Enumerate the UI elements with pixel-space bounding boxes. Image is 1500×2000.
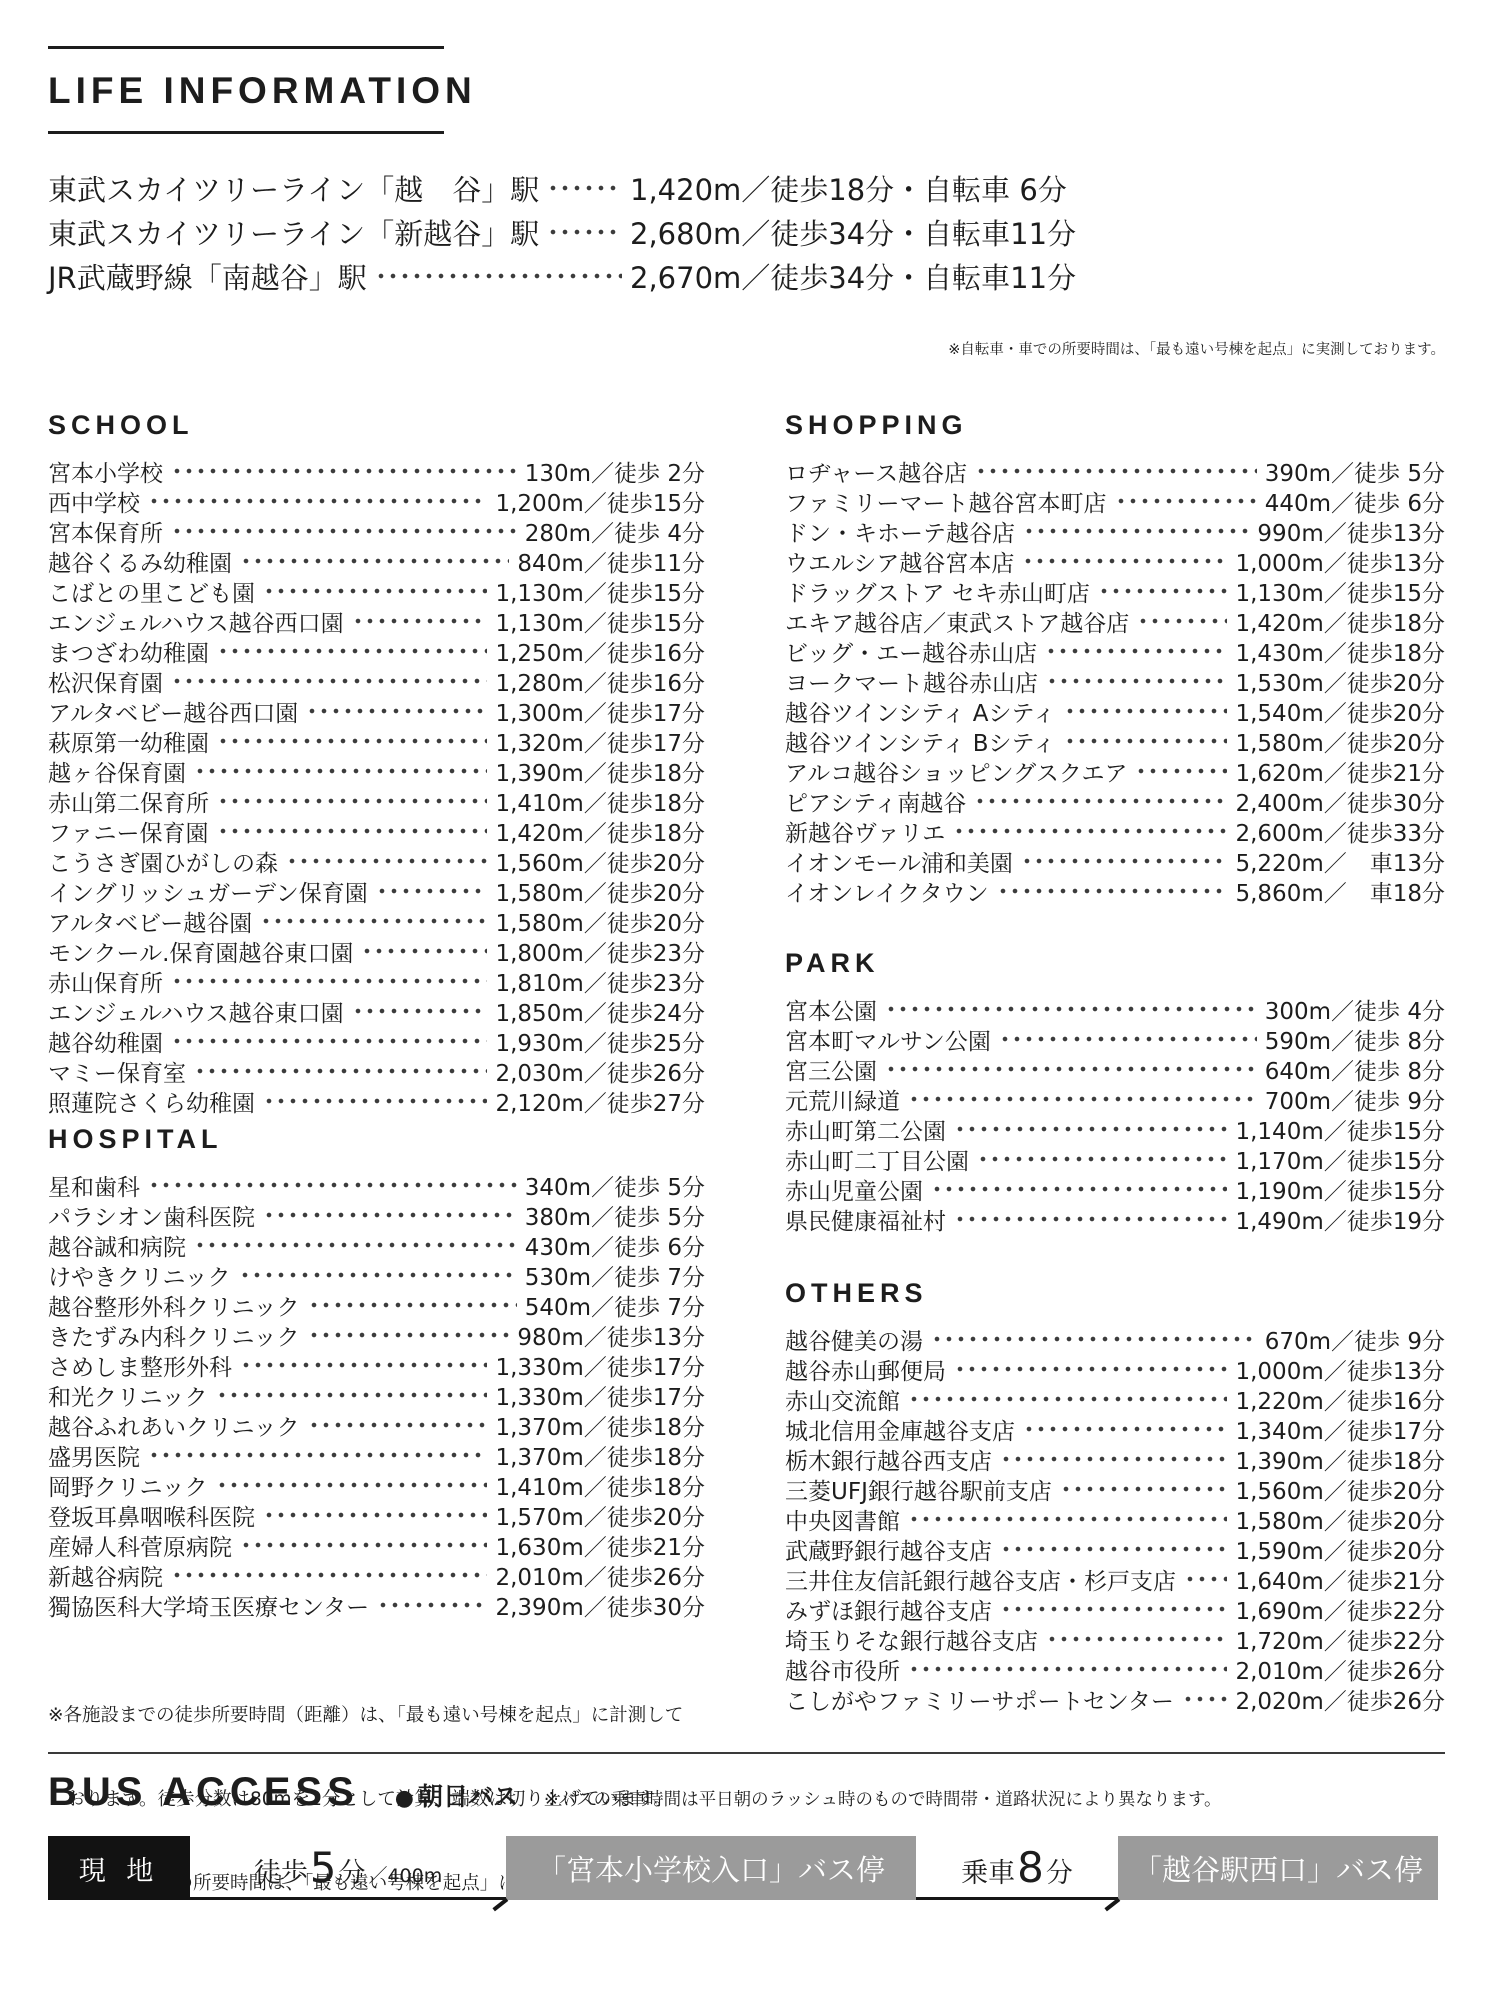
dot-leader-icon xyxy=(1184,1572,1227,1586)
dot-leader-icon xyxy=(1021,854,1228,868)
facility-name: パラシオン歯科医院 xyxy=(48,1199,255,1232)
facility-distance: 1,620m／徒歩21分 xyxy=(1235,755,1445,788)
facility-row: 城北信用金庫越谷支店 1,340m／徒歩17分 xyxy=(785,1414,1445,1444)
facility-name: 越谷誠和病院 xyxy=(48,1229,186,1262)
facility-name: 萩原第一幼稚園 xyxy=(48,725,209,758)
facility-name: ウエルシア越谷宮本店 xyxy=(785,545,1014,578)
facility-name: 松沢保育園 xyxy=(48,665,163,698)
facility-distance: 1,580m／徒歩20分 xyxy=(1235,725,1445,758)
facility-distance: 1,530m／徒歩20分 xyxy=(1235,665,1445,698)
train-station-name: JR武蔵野線「南越谷」駅 xyxy=(48,256,367,297)
column-right: SHOPPING ロヂャース越谷店 390m／徒歩 5分 ファミリーマート越谷宮… xyxy=(785,408,1445,1714)
dot-leader-icon xyxy=(954,1212,1227,1226)
facility-distance: 590m／徒歩 8分 xyxy=(1265,1023,1445,1056)
facility-distance: 2,400m／徒歩30分 xyxy=(1235,785,1445,818)
facility-name: 照蓮院さくら幼稚園 xyxy=(48,1085,255,1118)
facility-name: ヨークマート越谷赤山店 xyxy=(785,665,1038,698)
facility-row: 赤山児童公園 1,190m／徒歩15分 xyxy=(785,1174,1445,1204)
dot-leader-icon xyxy=(217,824,488,838)
facility-name: 赤山交流館 xyxy=(785,1383,900,1416)
facility-row: ドン・キホーテ越谷店 990m／徒歩13分 xyxy=(785,516,1445,546)
facility-row: 和光クリニック 1,330m／徒歩17分 xyxy=(48,1380,705,1410)
facility-row: イオンレイクタウン 5,860m／ 車18分 xyxy=(785,876,1445,906)
dot-leader-icon xyxy=(974,794,1227,808)
others-list: 越谷健美の湯 670m／徒歩 9分 越谷赤山郵便局 1,000m／徒歩13分 赤… xyxy=(785,1324,1445,1714)
dot-leader-icon xyxy=(885,1002,1257,1016)
facility-distance: 540m／徒歩 7分 xyxy=(525,1289,705,1322)
facility-distance: 1,580m／徒歩20分 xyxy=(1235,1503,1445,1536)
bus-stop-1-box: 「宮本小学校入口」バス停 xyxy=(506,1836,916,1900)
facility-name: 宮本町マルサン公園 xyxy=(785,1023,991,1056)
facility-row: 盛男医院 1,370m／徒歩18分 xyxy=(48,1440,705,1470)
dot-leader-icon xyxy=(308,1328,510,1342)
dot-leader-icon xyxy=(306,704,487,718)
page-title: LIFE INFORMATION xyxy=(48,69,444,113)
section-heading-park: PARK xyxy=(785,946,1445,980)
facility-row: アルタベビー越谷園 1,580m／徒歩20分 xyxy=(48,906,705,936)
dot-leader-icon xyxy=(931,1332,1257,1346)
dot-leader-icon xyxy=(908,1392,1227,1406)
facility-distance: 1,000m／徒歩13分 xyxy=(1235,545,1445,578)
dot-leader-icon xyxy=(931,1182,1227,1196)
facility-row: 赤山交流館 1,220m／徒歩16分 xyxy=(785,1384,1445,1414)
facility-row: 越谷赤山郵便局 1,000m／徒歩13分 xyxy=(785,1354,1445,1384)
facility-row: ヨークマート越谷赤山店 1,530m／徒歩20分 xyxy=(785,666,1445,696)
facility-distance: 2,120m／徒歩27分 xyxy=(495,1085,705,1118)
dot-leader-icon xyxy=(263,1508,487,1522)
facility-row: 宮本公園 300m／徒歩 4分 xyxy=(785,994,1445,1024)
facility-row: 宮本小学校 130m／徒歩 2分 xyxy=(48,456,705,486)
facility-distance: 1,580m／徒歩20分 xyxy=(495,905,705,938)
facility-distance: 1,410m／徒歩18分 xyxy=(495,1469,705,1502)
dot-leader-icon xyxy=(194,1064,487,1078)
facility-distance: 1,580m／徒歩20分 xyxy=(495,875,705,908)
facility-name: モンクール.保育園越谷東口園 xyxy=(48,935,353,968)
facility-row: アルコ越谷ショッピングスクエア 1,620m／徒歩21分 xyxy=(785,756,1445,786)
facility-name: 盛男医院 xyxy=(48,1439,140,1472)
facility-distance: 640m／徒歩 8分 xyxy=(1265,1053,1445,1086)
facility-distance: 130m／徒歩 2分 xyxy=(525,455,705,488)
train-access-list: 東武スカイツリーライン「越 谷」駅 1,420m／徒歩18分・自転車 6分 東武… xyxy=(48,166,1092,298)
facility-distance: 5,220m／ 車13分 xyxy=(1235,845,1445,878)
facility-row: エンジェルハウス越谷東口園 1,850m／徒歩24分 xyxy=(48,996,705,1026)
dot-leader-icon xyxy=(375,269,622,283)
bus-walk-text: 徒歩5分／400m xyxy=(254,1847,443,1890)
facility-distance: 1,410m／徒歩18分 xyxy=(495,785,705,818)
facility-distance: 1,640m／徒歩21分 xyxy=(1235,1563,1445,1596)
facility-name: ドラッグストア セキ赤山町店 xyxy=(785,575,1090,608)
bus-stop-2-label: 「越谷駅西口」バス停 xyxy=(1133,1848,1423,1889)
train-access-row: 東武スカイツリーライン「越 谷」駅 1,420m／徒歩18分・自転車 6分 xyxy=(48,166,1092,210)
bus-access-title: BUS ACCESS xyxy=(48,1770,359,1815)
facility-name: 登坂耳鼻咽喉科医院 xyxy=(48,1499,255,1532)
facility-name: こうさぎ園ひがしの森 xyxy=(48,845,278,878)
facility-distance: 440m／徒歩 6分 xyxy=(1265,485,1445,518)
dot-leader-icon xyxy=(148,1448,487,1462)
train-distance: 2,680m／徒歩34分・自転車11分 xyxy=(630,212,1092,253)
facility-name: まつざわ幼稚園 xyxy=(48,635,209,668)
ride-arrow-tip-icon xyxy=(1104,1897,1120,1910)
dot-leader-icon xyxy=(1098,584,1228,598)
dot-leader-icon xyxy=(1023,524,1249,538)
facility-name: きたずみ内科クリニック xyxy=(48,1319,300,1352)
facility-name: 元荒川緑道 xyxy=(785,1083,900,1116)
park-list: 宮本公園 300m／徒歩 4分 宮本町マルサン公園 590m／徒歩 8分 宮三公… xyxy=(785,994,1445,1234)
facility-name: マミー保育室 xyxy=(48,1055,186,1088)
dot-leader-icon xyxy=(216,1388,488,1402)
facility-name: 埼玉りそな銀行越谷支店 xyxy=(785,1623,1038,1656)
facility-row: イオンモール浦和美園 5,220m／ 車13分 xyxy=(785,846,1445,876)
facility-name: 赤山児童公園 xyxy=(785,1173,923,1206)
facility-distance: 1,330m／徒歩17分 xyxy=(495,1379,705,1412)
facility-distance: 1,130m／徒歩15分 xyxy=(495,575,705,608)
facility-row: 越谷ふれあいクリニック 1,370m／徒歩18分 xyxy=(48,1410,705,1440)
facility-name: こばとの里こども園 xyxy=(48,575,255,608)
facility-row: 越ヶ谷保育園 1,390m／徒歩18分 xyxy=(48,756,705,786)
facility-name: 中央図書館 xyxy=(785,1503,900,1536)
dot-leader-icon xyxy=(239,1268,517,1282)
bus-route-diagram: 現 地 徒歩5分／400m 「宮本小学校入口」バス停 乗車8分 「越谷駅西口」バ… xyxy=(48,1836,1438,1900)
facility-name: 越谷ツインシティ Aシティ xyxy=(785,695,1056,728)
dot-leader-icon xyxy=(997,884,1228,898)
facility-row: きたずみ内科クリニック 980m／徒歩13分 xyxy=(48,1320,705,1350)
facility-row: 岡野クリニック 1,410m／徒歩18分 xyxy=(48,1470,705,1500)
bus-ride-segment: 乗車8分 xyxy=(916,1836,1118,1900)
facility-distance: 1,560m／徒歩20分 xyxy=(1235,1473,1445,1506)
dot-leader-icon xyxy=(171,524,517,538)
facility-row: ビッグ・エー越谷赤山店 1,430m／徒歩18分 xyxy=(785,636,1445,666)
facility-distance: 1,570m／徒歩20分 xyxy=(495,1499,705,1532)
facility-distance: 670m／徒歩 9分 xyxy=(1265,1323,1445,1356)
facility-row: さめしま整形外科 1,330m／徒歩17分 xyxy=(48,1350,705,1380)
facility-row: 宮三公園 640m／徒歩 8分 xyxy=(785,1054,1445,1084)
facility-distance: 280m／徒歩 4分 xyxy=(525,515,705,548)
facility-distance: 2,030m／徒歩26分 xyxy=(495,1055,705,1088)
column-left: SCHOOL 宮本小学校 130m／徒歩 2分 西中学校 1,200m／徒歩15… xyxy=(48,408,705,1620)
facility-row: ピアシティ南越谷 2,400m／徒歩30分 xyxy=(785,786,1445,816)
dot-leader-icon xyxy=(286,854,487,868)
facility-row: こしがやファミリーサポートセンター 2,020m／徒歩26分 xyxy=(785,1684,1445,1714)
facility-row: 元荒川緑道 700m／徒歩 9分 xyxy=(785,1084,1445,1114)
facility-distance: 1,420m／徒歩18分 xyxy=(495,815,705,848)
facility-row: 県民健康福祉村 1,490m／徒歩19分 xyxy=(785,1204,1445,1234)
facility-row: 新越谷ヴァリエ 2,600m／徒歩33分 xyxy=(785,816,1445,846)
facility-distance: 1,130m／徒歩15分 xyxy=(1235,575,1445,608)
train-station-name: 東武スカイツリーライン「新越谷」駅 xyxy=(48,212,539,253)
facility-row: ファミリーマート越谷宮本町店 440m／徒歩 6分 xyxy=(785,486,1445,516)
dot-leader-icon xyxy=(308,1298,517,1312)
facility-row: エンジェルハウス越谷西口園 1,130m／徒歩15分 xyxy=(48,606,705,636)
dot-leader-icon xyxy=(1000,1602,1227,1616)
facility-name: 城北信用金庫越谷支店 xyxy=(785,1413,1015,1446)
facility-distance: 990m／徒歩13分 xyxy=(1257,515,1445,548)
dot-leader-icon xyxy=(376,884,488,898)
facility-name: ロヂャース越谷店 xyxy=(785,455,967,488)
facility-distance: 1,000m／徒歩13分 xyxy=(1235,1353,1445,1386)
dot-leader-icon xyxy=(263,1208,517,1222)
dot-leader-icon xyxy=(263,1094,487,1108)
dot-leader-icon xyxy=(1064,734,1228,748)
facility-name: 赤山町二丁目公園 xyxy=(785,1143,969,1176)
facility-name: 宮三公園 xyxy=(785,1053,877,1086)
facility-row: けやきクリニック 530m／徒歩 7分 xyxy=(48,1260,705,1290)
facility-row: 越谷くるみ幼稚園 840m／徒歩11分 xyxy=(48,546,705,576)
facility-row: 新越谷病院 2,010m／徒歩26分 xyxy=(48,1560,705,1590)
dot-leader-icon xyxy=(148,494,487,508)
facility-distance: 390m／徒歩 5分 xyxy=(1265,455,1445,488)
facility-name: 武蔵野銀行越谷支店 xyxy=(785,1533,992,1566)
facility-row: 武蔵野銀行越谷支店 1,590m／徒歩20分 xyxy=(785,1534,1445,1564)
facility-row: 松沢保育園 1,280m／徒歩16分 xyxy=(48,666,705,696)
facility-distance: 2,390m／徒歩30分 xyxy=(495,1589,705,1622)
facility-name: 新越谷病院 xyxy=(48,1559,163,1592)
facility-distance: 1,140m／徒歩15分 xyxy=(1235,1113,1445,1146)
section-heading-shopping: SHOPPING xyxy=(785,408,1445,442)
dot-leader-icon xyxy=(547,181,622,195)
dot-leader-icon xyxy=(885,1062,1257,1076)
facility-name: 越谷幼稚園 xyxy=(48,1025,163,1058)
facility-distance: 1,590m／徒歩20分 xyxy=(1235,1533,1445,1566)
facility-distance: 1,390m／徒歩18分 xyxy=(1235,1443,1445,1476)
facility-name: エンジェルハウス越谷西口園 xyxy=(48,605,344,638)
dot-leader-icon xyxy=(1000,1542,1227,1556)
facility-row: 赤山町二丁目公園 1,170m／徒歩15分 xyxy=(785,1144,1445,1174)
facility-row: マミー保育室 2,030m／徒歩26分 xyxy=(48,1056,705,1086)
facility-name: 西中学校 xyxy=(48,485,140,518)
facility-row: 西中学校 1,200m／徒歩15分 xyxy=(48,486,705,516)
facility-row: こばとの里こども園 1,130m／徒歩15分 xyxy=(48,576,705,606)
facility-distance: 2,010m／徒歩26分 xyxy=(1235,1653,1445,1686)
dot-leader-icon xyxy=(216,1478,488,1492)
facility-name: イングリッシュガーデン保育園 xyxy=(48,875,368,908)
facility-distance: 1,130m／徒歩15分 xyxy=(495,605,705,638)
facility-name: さめしま整形外科 xyxy=(48,1349,232,1382)
dot-leader-icon xyxy=(217,644,487,658)
dot-leader-icon xyxy=(1000,1452,1227,1466)
facility-name: アルタベビー越谷園 xyxy=(48,905,252,938)
bus-operator-bullet-icon: ● xyxy=(395,1786,414,1811)
facility-row: ウエルシア越谷宮本店 1,000m／徒歩13分 xyxy=(785,546,1445,576)
train-access-row: 東武スカイツリーライン「新越谷」駅 2,680m／徒歩34分・自転車11分 xyxy=(48,210,1092,254)
dot-leader-icon xyxy=(908,1512,1227,1526)
facility-row: ドラッグストア セキ赤山町店 1,130m／徒歩15分 xyxy=(785,576,1445,606)
facility-distance: 380m／徒歩 5分 xyxy=(525,1199,705,1232)
dot-leader-icon xyxy=(975,464,1257,478)
facility-distance: 1,690m／徒歩22分 xyxy=(1235,1593,1445,1626)
school-list: 宮本小学校 130m／徒歩 2分 西中学校 1,200m／徒歩15分 宮本保育所… xyxy=(48,456,705,1116)
facility-distance: 300m／徒歩 4分 xyxy=(1265,993,1445,1026)
hospital-list: 星和歯科 340m／徒歩 5分 パラシオン歯科医院 380m／徒歩 5分 越谷誠… xyxy=(48,1170,705,1620)
dot-leader-icon xyxy=(1135,764,1227,778)
facility-name: ピアシティ南越谷 xyxy=(785,785,966,818)
facility-distance: 1,200m／徒歩15分 xyxy=(495,485,705,518)
facility-row: 越谷誠和病院 430m／徒歩 6分 xyxy=(48,1230,705,1260)
facility-distance: 1,420m／徒歩18分 xyxy=(1235,605,1445,638)
title-rule-bottom xyxy=(48,131,444,134)
facility-name: ビッグ・エー越谷赤山店 xyxy=(785,635,1037,668)
facility-name: 岡野クリニック xyxy=(48,1469,208,1502)
facility-name: 県民健康福祉村 xyxy=(785,1203,946,1236)
dot-leader-icon xyxy=(194,1238,517,1252)
facility-name: 赤山第二保育所 xyxy=(48,785,209,818)
facility-distance: 1,320m／徒歩17分 xyxy=(495,725,705,758)
facility-row: 栃木銀行越谷西支店 1,390m／徒歩18分 xyxy=(785,1444,1445,1474)
facility-row: 赤山第二保育所 1,410m／徒歩18分 xyxy=(48,786,705,816)
dot-leader-icon xyxy=(352,614,488,628)
dot-leader-icon xyxy=(217,734,487,748)
facility-distance: 1,280m／徒歩16分 xyxy=(495,665,705,698)
facility-distance: 1,390m／徒歩18分 xyxy=(495,755,705,788)
facility-distance: 1,370m／徒歩18分 xyxy=(495,1409,705,1442)
facility-distance: 1,800m／徒歩23分 xyxy=(495,935,705,968)
facility-distance: 1,190m／徒歩15分 xyxy=(1235,1173,1445,1206)
facility-distance: 1,430m／徒歩18分 xyxy=(1235,635,1445,668)
facility-distance: 1,630m／徒歩21分 xyxy=(495,1529,705,1562)
facility-distance: 1,220m／徒歩16分 xyxy=(1235,1383,1445,1416)
dot-leader-icon xyxy=(308,1418,488,1432)
facility-name: 赤山保育所 xyxy=(48,965,163,998)
dot-leader-icon xyxy=(194,764,487,778)
facility-row: 赤山町第二公園 1,140m／徒歩15分 xyxy=(785,1114,1445,1144)
bus-walk-segment: 徒歩5分／400m xyxy=(190,1836,506,1900)
dot-leader-icon xyxy=(1045,644,1227,658)
facility-distance: 1,930m／徒歩25分 xyxy=(495,1025,705,1058)
facility-distance: 1,300m／徒歩17分 xyxy=(495,695,705,728)
facility-row: 中央図書館 1,580m／徒歩20分 xyxy=(785,1504,1445,1534)
dot-leader-icon xyxy=(1046,1632,1227,1646)
facility-distance: 2,020m／徒歩26分 xyxy=(1235,1683,1445,1716)
facility-row: イングリッシュガーデン保育園 1,580m／徒歩20分 xyxy=(48,876,705,906)
facility-name: 越谷整形外科クリニック xyxy=(48,1289,300,1322)
facility-name: エンジェルハウス越谷東口園 xyxy=(48,995,344,1028)
dot-leader-icon xyxy=(240,554,509,568)
facility-distance: 1,330m／徒歩17分 xyxy=(495,1349,705,1382)
facility-name: みずほ銀行越谷支店 xyxy=(785,1593,992,1626)
dot-leader-icon xyxy=(171,1034,487,1048)
facility-row: みずほ銀行越谷支店 1,690m／徒歩22分 xyxy=(785,1594,1445,1624)
facility-row: パラシオン歯科医院 380m／徒歩 5分 xyxy=(48,1200,705,1230)
dot-leader-icon xyxy=(240,1538,487,1552)
facility-name: イオンレイクタウン xyxy=(785,875,989,908)
facility-distance: 1,540m／徒歩20分 xyxy=(1235,695,1445,728)
bus-ride-text: 乗車8分 xyxy=(961,1847,1073,1890)
facility-row: 三井住友信託銀行越谷支店・杉戸支店 1,640m／徒歩21分 xyxy=(785,1564,1445,1594)
facility-name: けやきクリニック xyxy=(48,1259,231,1292)
facility-row: モンクール.保育園越谷東口園 1,800m／徒歩23分 xyxy=(48,936,705,966)
dot-leader-icon xyxy=(954,1362,1227,1376)
train-station-name: 東武スカイツリーライン「越 谷」駅 xyxy=(48,168,539,209)
facility-distance: 2,600m／徒歩33分 xyxy=(1235,815,1445,848)
facility-row: 宮本町マルサン公園 590m／徒歩 8分 xyxy=(785,1024,1445,1054)
facility-name: 宮本公園 xyxy=(785,993,877,1026)
facility-distance: 1,250m／徒歩16分 xyxy=(495,635,705,668)
facility-name: 越谷赤山郵便局 xyxy=(785,1353,946,1386)
facility-name: 獨協医科大学埼玉医療センター xyxy=(48,1589,369,1622)
facility-row: エキア越谷店／東武ストア越谷店 1,420m／徒歩18分 xyxy=(785,606,1445,636)
dot-leader-icon xyxy=(171,974,487,988)
facility-row: ファニー保育園 1,420m／徒歩18分 xyxy=(48,816,705,846)
facility-row: ロヂャース越谷店 390m／徒歩 5分 xyxy=(785,456,1445,486)
train-distance: 2,670m／徒歩34分・自転車11分 xyxy=(630,256,1092,297)
dot-leader-icon xyxy=(954,1122,1227,1136)
facility-name: 越谷市役所 xyxy=(785,1653,900,1686)
facility-row: まつざわ幼稚園 1,250m／徒歩16分 xyxy=(48,636,705,666)
bus-operator-label: 朝日バス xyxy=(418,1777,518,1813)
facility-name: 和光クリニック xyxy=(48,1379,208,1412)
facility-name: 三井住友信託銀行越谷支店・杉戸支店 xyxy=(785,1563,1176,1596)
dot-leader-icon xyxy=(1022,554,1227,568)
dot-leader-icon xyxy=(1023,1422,1227,1436)
facility-name: アルタベビー越谷西口園 xyxy=(48,695,298,728)
dot-leader-icon xyxy=(1115,494,1257,508)
section-heading-others: OTHERS xyxy=(785,1276,1445,1310)
dot-leader-icon xyxy=(260,914,487,928)
facility-row: 越谷市役所 2,010m／徒歩26分 xyxy=(785,1654,1445,1684)
bus-operator: ●朝日バス xyxy=(395,1777,518,1813)
facility-distance: 5,860m／ 車18分 xyxy=(1235,875,1445,908)
dot-leader-icon xyxy=(1064,704,1228,718)
dot-leader-icon xyxy=(1182,1692,1228,1706)
facility-row: 越谷整形外科クリニック 540m／徒歩 7分 xyxy=(48,1290,705,1320)
dot-leader-icon xyxy=(1060,1482,1228,1496)
dot-leader-icon xyxy=(908,1092,1257,1106)
facility-row: 三菱UFJ銀行越谷駅前支店 1,560m／徒歩20分 xyxy=(785,1474,1445,1504)
dot-leader-icon xyxy=(352,1004,488,1018)
facility-distance: 530m／徒歩 7分 xyxy=(525,1259,705,1292)
facility-name: アルコ越谷ショッピングスクエア xyxy=(785,755,1127,788)
section-heading-hospital: HOSPITAL xyxy=(48,1122,705,1156)
dot-leader-icon xyxy=(148,1178,517,1192)
footnote-line: ※各施設までの徒歩所要時間（距離）は、「最も遠い号棟を起点」に計測して xyxy=(48,1702,668,1730)
facility-distance: 1,170m／徒歩15分 xyxy=(1235,1143,1445,1176)
facility-row: 宮本保育所 280m／徒歩 4分 xyxy=(48,516,705,546)
facility-row: 越谷ツインシティ Aシティ 1,540m／徒歩20分 xyxy=(785,696,1445,726)
dot-leader-icon xyxy=(547,225,622,239)
facility-row: 照蓮院さくら幼稚園 2,120m／徒歩27分 xyxy=(48,1086,705,1116)
facility-distance: 1,490m／徒歩19分 xyxy=(1235,1203,1445,1236)
facility-distance: 1,810m／徒歩23分 xyxy=(495,965,705,998)
dot-leader-icon xyxy=(908,1662,1227,1676)
facility-row: 埼玉りそな銀行越谷支店 1,720m／徒歩22分 xyxy=(785,1624,1445,1654)
facility-name: ファニー保育園 xyxy=(48,815,209,848)
facility-name: ドン・キホーテ越谷店 xyxy=(785,515,1015,548)
facility-distance: 700m／徒歩 9分 xyxy=(1265,1083,1445,1116)
facility-row: 越谷健美の湯 670m／徒歩 9分 xyxy=(785,1324,1445,1354)
train-access-row: JR武蔵野線「南越谷」駅 2,670m／徒歩34分・自転車11分 xyxy=(48,254,1092,298)
dot-leader-icon xyxy=(171,1568,487,1582)
facility-name: こしがやファミリーサポートセンター xyxy=(785,1683,1174,1716)
dot-leader-icon xyxy=(377,1598,487,1612)
bus-origin-label: 現 地 xyxy=(79,1849,160,1888)
title-block: LIFE INFORMATION xyxy=(48,46,444,134)
facility-name: イオンモール浦和美園 xyxy=(785,845,1013,878)
train-access-note: ※自転車・車での所要時間は、「最も遠い号棟を起点」に実測しております。 xyxy=(48,338,1445,359)
ride-arrow-line xyxy=(916,1897,1118,1901)
facility-row: 萩原第一幼稚園 1,320m／徒歩17分 xyxy=(48,726,705,756)
shopping-list: ロヂャース越谷店 390m／徒歩 5分 ファミリーマート越谷宮本町店 440m／… xyxy=(785,456,1445,906)
facility-distance: 1,560m／徒歩20分 xyxy=(495,845,705,878)
dot-leader-icon xyxy=(1046,674,1227,688)
facility-name: 三菱UFJ銀行越谷駅前支店 xyxy=(785,1473,1052,1506)
facility-row: 赤山保育所 1,810m／徒歩23分 xyxy=(48,966,705,996)
bus-origin-box: 現 地 xyxy=(48,1836,190,1900)
facility-name: 赤山町第二公園 xyxy=(785,1113,946,1146)
facility-name: 新越谷ヴァリエ xyxy=(785,815,945,848)
facility-name: 越谷ツインシティ Bシティ xyxy=(785,725,1056,758)
section-heading-school: SCHOOL xyxy=(48,408,705,442)
train-distance: 1,420m／徒歩18分・自転車 6分 xyxy=(630,168,1092,209)
bus-access-note: ※バスの乗車時間は平日朝のラッシュ時のもので時間帯・道路状況により異なります。 xyxy=(544,1786,1222,1811)
